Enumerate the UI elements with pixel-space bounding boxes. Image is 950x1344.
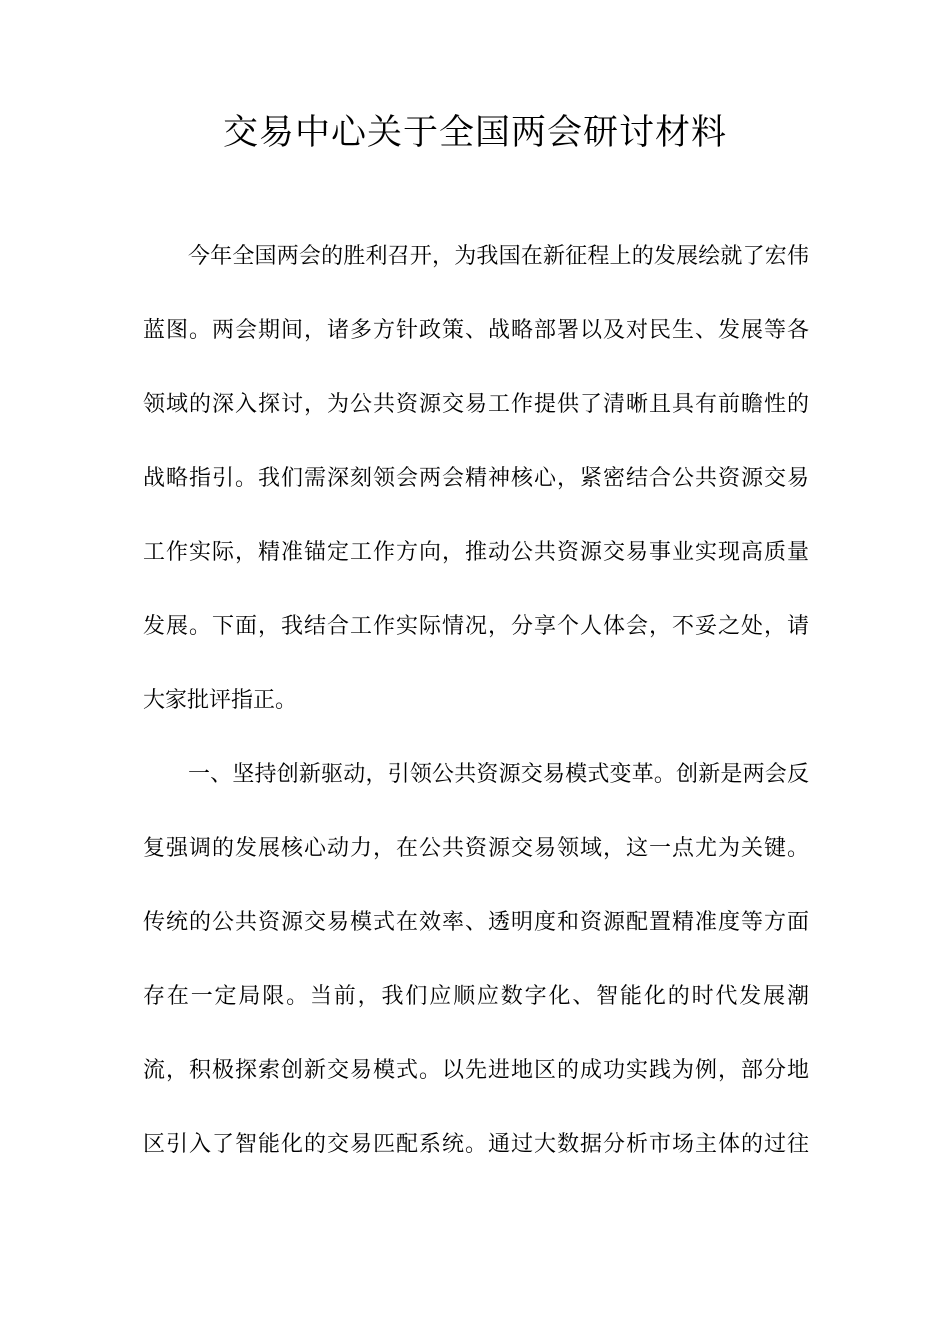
text-line: 区引入了智能化的交易匹配系统。通过大数据分析市场主体的过往	[143, 1107, 809, 1181]
paragraph-intro: 今年全国两会的胜利召开，为我国在新征程上的发展绘就了宏伟 蓝图。两会期间，诸多方…	[143, 219, 809, 737]
text-line: 复强调的发展核心动力，在公共资源交易领域，这一点尤为关键。	[143, 811, 809, 885]
paragraph-section-one: 一、坚持创新驱动，引领公共资源交易模式变革。创新是两会反 复强调的发展核心动力，…	[143, 737, 809, 1181]
text-line: 今年全国两会的胜利召开，为我国在新征程上的发展绘就了宏伟	[143, 219, 809, 293]
text-line: 战略指引。我们需深刻领会两会精神核心，紧密结合公共资源交易	[143, 441, 809, 515]
text-line: 流，积极探索创新交易模式。以先进地区的成功实践为例，部分地	[143, 1033, 809, 1107]
text-line: 领域的深入探讨，为公共资源交易工作提供了清晰且具有前瞻性的	[143, 367, 809, 441]
text-line: 一、坚持创新驱动，引领公共资源交易模式变革。创新是两会反	[143, 737, 809, 811]
text-line: 大家批评指正。	[143, 663, 809, 737]
text-line: 存在一定局限。当前，我们应顺应数字化、智能化的时代发展潮	[143, 959, 809, 1033]
text-line: 传统的公共资源交易模式在效率、透明度和资源配置精准度等方面	[143, 885, 809, 959]
text-line: 蓝图。两会期间，诸多方针政策、战略部署以及对民生、发展等各	[143, 293, 809, 367]
text-line: 工作实际，精准锚定工作方向，推动公共资源交易事业实现高质量	[143, 515, 809, 589]
document-page: 交易中心关于全国两会研讨材料 今年全国两会的胜利召开，为我国在新征程上的发展绘就…	[0, 0, 950, 1344]
document-body: 今年全国两会的胜利召开，为我国在新征程上的发展绘就了宏伟 蓝图。两会期间，诸多方…	[143, 219, 809, 1181]
text-line: 发展。下面，我结合工作实际情况，分享个人体会，不妥之处，请	[143, 589, 809, 663]
document-title: 交易中心关于全国两会研讨材料	[0, 112, 950, 154]
